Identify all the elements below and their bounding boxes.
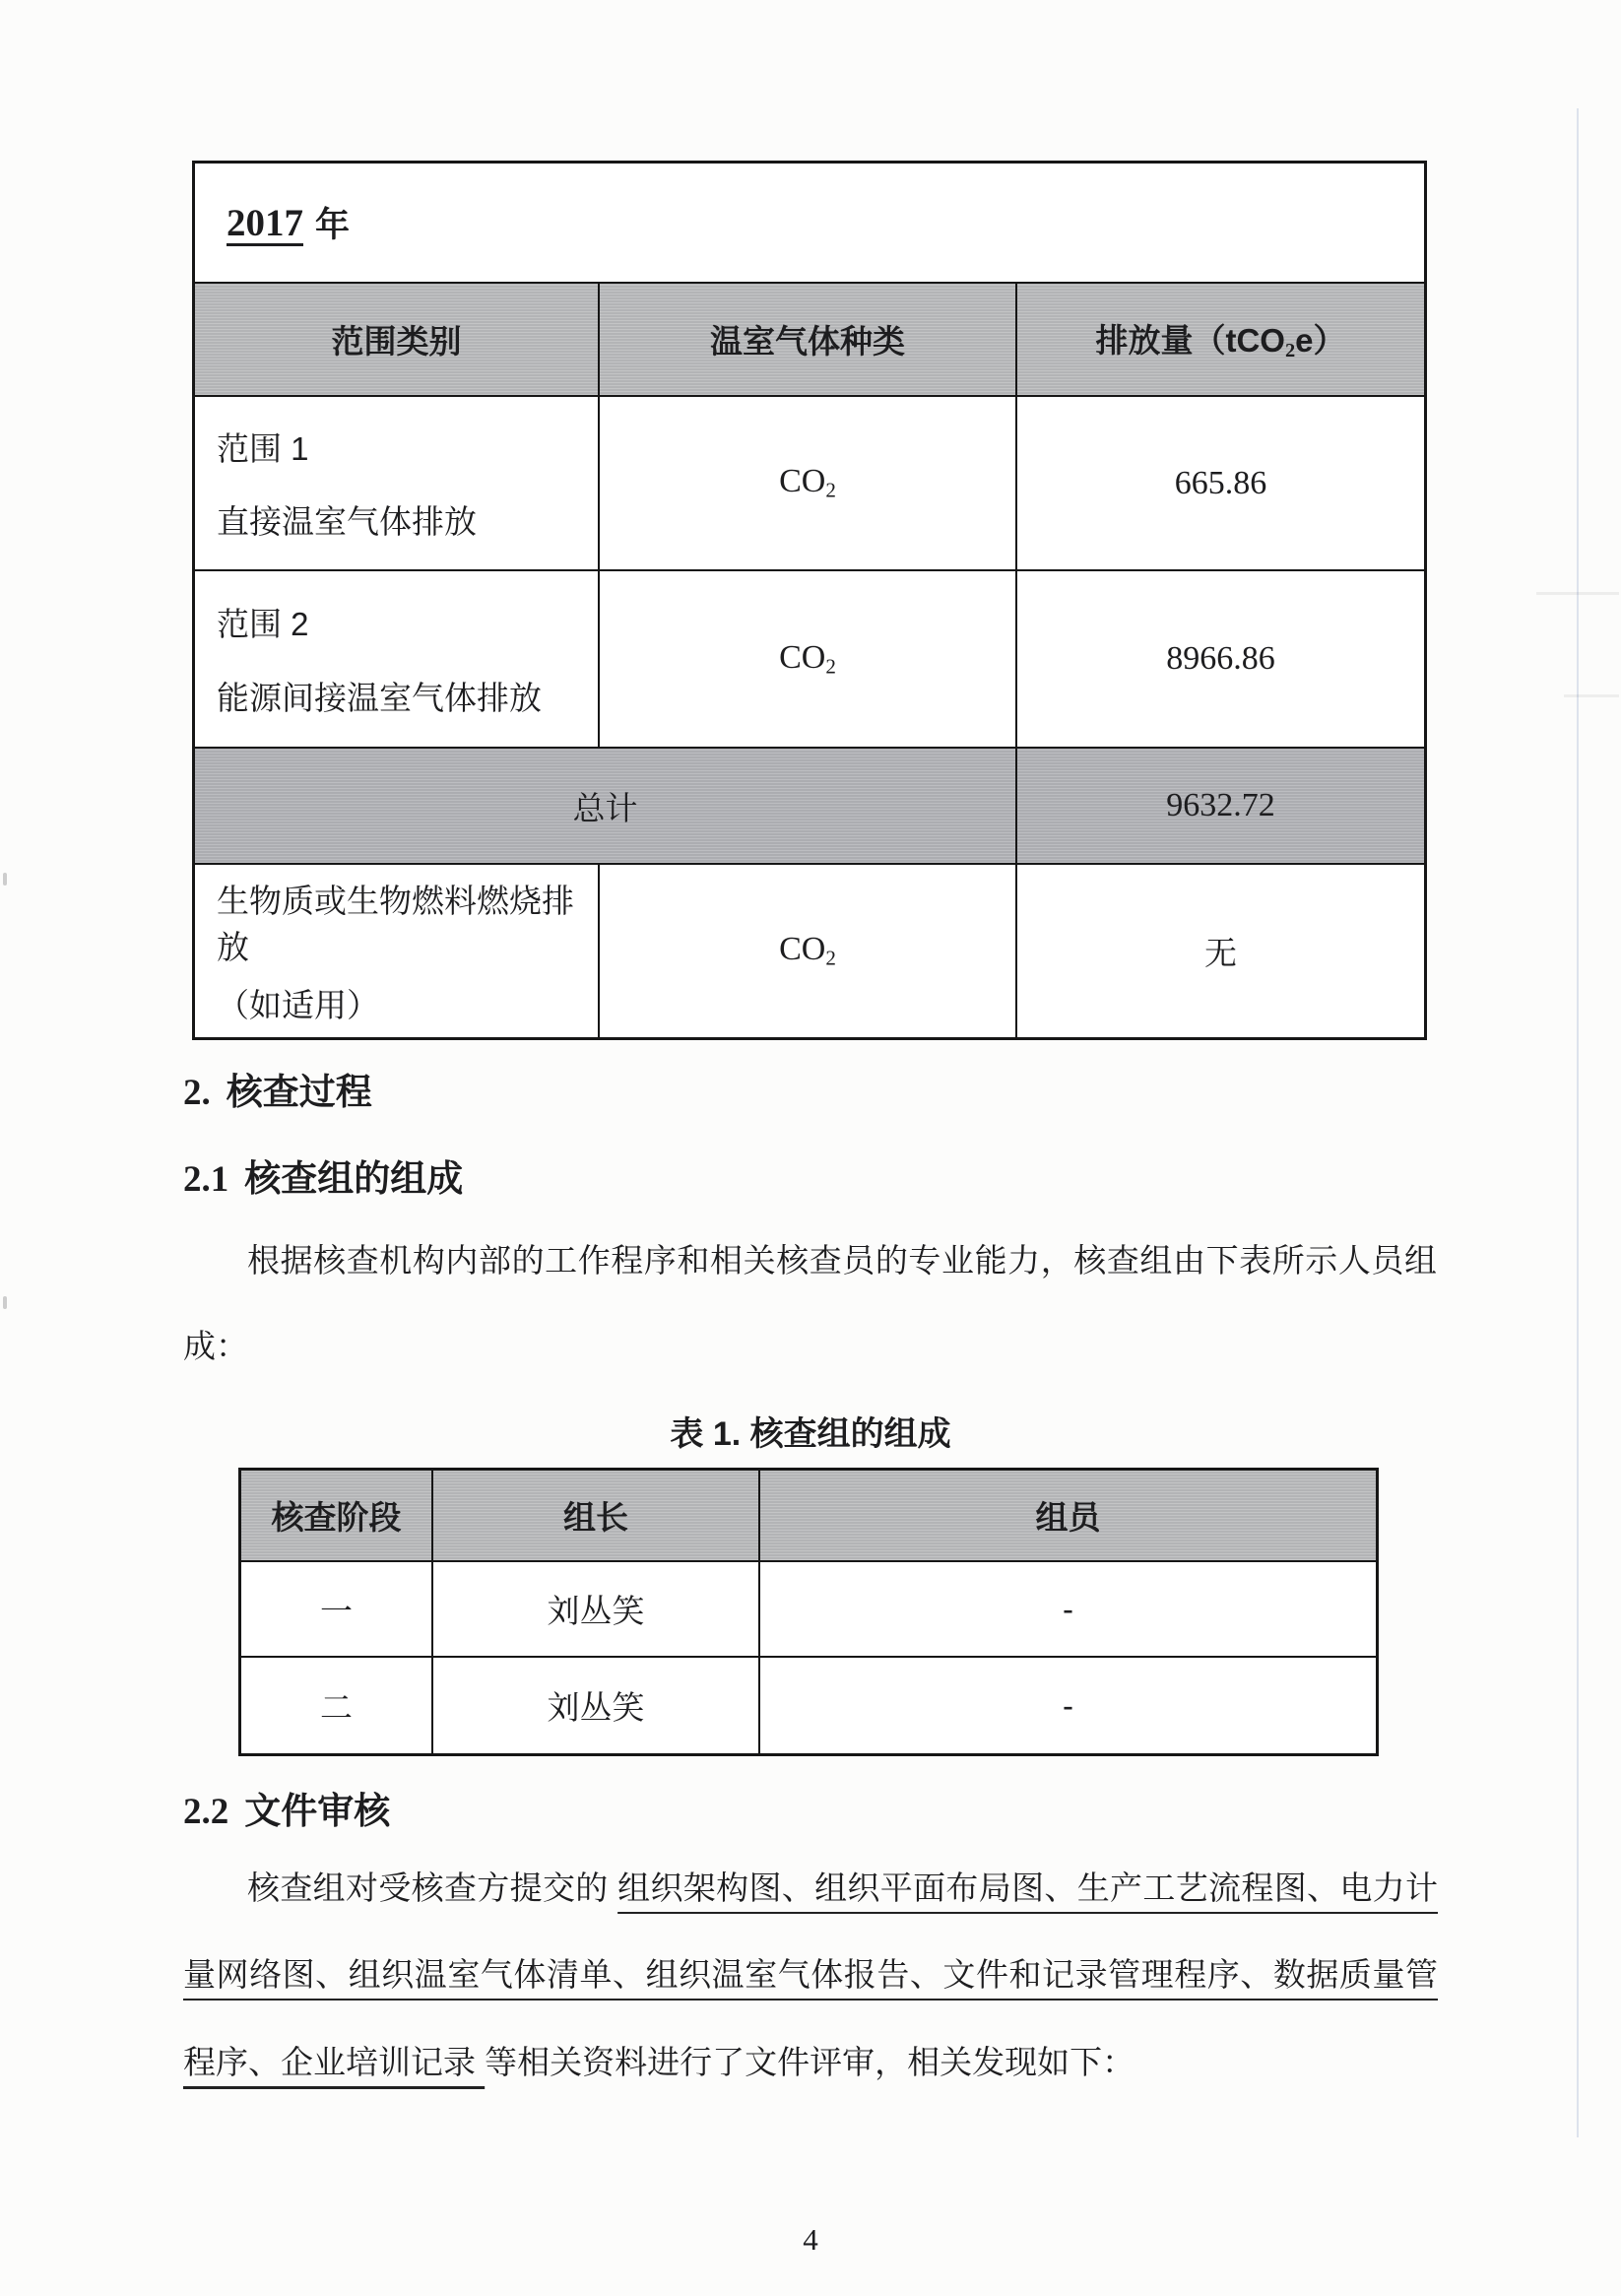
biomass-title: 生物质或生物燃料燃烧排放 xyxy=(217,876,598,968)
team-intro-line2: 成： xyxy=(183,1325,248,1369)
verification-team-table: 核查阶段 组长 组员 一 刘丛笑 - 二 刘丛笑 - xyxy=(238,1468,1379,1756)
report-year: 2017 xyxy=(215,201,307,245)
scan-artifact-smudge xyxy=(1564,694,1619,697)
report-year-suffix: 年 xyxy=(315,198,350,247)
scope1-description: 直接温室气体排放 xyxy=(217,496,477,543)
scan-artifact-smudge xyxy=(1536,592,1619,595)
emission-header-amount-label: 排放量（tCO2e） xyxy=(1095,315,1345,362)
scope2-description: 能源间接温室气体排放 xyxy=(217,673,542,719)
section-2-heading: 2.核查过程 xyxy=(183,1074,372,1111)
table-row-biomass-value: 无 xyxy=(1017,865,1424,1037)
table-row-scope1-value: 665.86 xyxy=(1017,397,1424,571)
section-2-1-title: 核查组的组成 xyxy=(244,1158,463,1199)
scope1-gas-label: CO2 xyxy=(779,463,836,502)
page-number: 4 xyxy=(0,2222,1621,2258)
doc-review-line2: 量网络图、组织温室气体清单、组织温室气体报告、文件和记录管理程序、数据质量管理 xyxy=(183,1953,1438,2001)
scope1-title: 范围 1 xyxy=(217,424,309,470)
emission-header-gas-label: 温室气体种类 xyxy=(710,316,905,362)
doc-review-line2-underlined: 量网络图、组织温室气体清单、组织温室气体报告、文件和记录管理程序、数据质量管理 xyxy=(183,1956,1438,2001)
emission-header-amount: 排放量（tCO2e） xyxy=(1017,284,1424,397)
emission-header-scope-label: 范围类别 xyxy=(332,316,462,362)
team-header-members: 组员 xyxy=(760,1471,1376,1562)
table-row-scope1-category: 范围 1 直接温室气体排放 xyxy=(195,397,600,571)
table-row-scope2-category: 范围 2 能源间接温室气体排放 xyxy=(195,571,600,749)
doc-review-line1-normal: 核查组对受核查方提交的 xyxy=(247,1870,617,1906)
table-row-biomass-category: 生物质或生物燃料燃烧排放 （如适用） xyxy=(195,865,600,1037)
doc-review-line1: 核查组对受核查方提交的 组织架构图、组织平面布局图、生产工艺流程图、电力计 xyxy=(247,1867,1438,1914)
doc-review-line1-underlined: 组织架构图、组织平面布局图、生产工艺流程图、电力计 xyxy=(617,1870,1438,1906)
table-row-biomass-gas: CO2 xyxy=(600,865,1017,1037)
section-2-2-title: 文件审核 xyxy=(244,1791,390,1831)
biomass-gas-label: CO2 xyxy=(779,931,836,970)
team-row2-members: - xyxy=(760,1658,1376,1753)
biomass-emission-value: 无 xyxy=(1204,928,1237,974)
emission-header-gas: 温室气体种类 xyxy=(600,284,1017,397)
total-label: 总计 xyxy=(573,783,638,829)
table-row-scope2-value: 8966.86 xyxy=(1017,571,1424,749)
team-table-caption: 表 1. 核查组的组成 xyxy=(0,1407,1621,1455)
team-header-leader: 组长 xyxy=(433,1471,760,1562)
team-header-phase: 核查阶段 xyxy=(241,1471,433,1562)
scope1-emission-value: 665.86 xyxy=(1175,465,1267,502)
scope2-gas-label: CO2 xyxy=(779,639,836,679)
total-emission-value: 9632.72 xyxy=(1166,787,1275,824)
scan-artifact-mark xyxy=(3,1296,7,1309)
table-row-total-value: 9632.72 xyxy=(1017,749,1424,865)
team-row2-phase: 二 xyxy=(241,1658,433,1753)
document-page: 2017 年 范围类别 温室气体种类 排放量（tCO2e） 范围 1 直接温室气… xyxy=(0,0,1621,2296)
scope2-emission-value: 8966.86 xyxy=(1166,640,1275,678)
table-row-scope2-gas: CO2 xyxy=(600,571,1017,749)
table-row-total-label: 总计 xyxy=(195,749,1017,865)
team-row1-members: - xyxy=(760,1562,1376,1658)
team-intro-line1: 根据核查机构内部的工作程序和相关核查员的专业能力，核查组由下表所示人员组 xyxy=(247,1239,1437,1286)
emission-summary-table: 2017 年 范围类别 温室气体种类 排放量（tCO2e） 范围 1 直接温室气… xyxy=(192,161,1427,1040)
scan-artifact-vertical-line xyxy=(1577,108,1579,2137)
section-2-number: 2. xyxy=(183,1073,211,1113)
section-2-2-heading: 2.2文件审核 xyxy=(183,1793,390,1830)
team-row2-leader: 刘丛笑 xyxy=(433,1658,760,1753)
emission-header-scope: 范围类别 xyxy=(195,284,600,397)
table-row-scope1-gas: CO2 xyxy=(600,397,1017,571)
scope2-title: 范围 2 xyxy=(217,599,309,645)
emission-year-row: 2017 年 xyxy=(195,164,1424,284)
doc-review-line3: 程序、企业培训记录 等相关资料进行了文件评审，相关发现如下： xyxy=(183,2041,1135,2085)
section-2-1-heading: 2.1核查组的组成 xyxy=(183,1160,463,1198)
section-2-title: 核查过程 xyxy=(227,1072,372,1112)
scan-artifact-mark xyxy=(3,873,7,886)
section-2-2-number: 2.2 xyxy=(183,1792,228,1832)
doc-review-line3-underlined: 程序、企业培训记录 xyxy=(183,2044,485,2080)
team-row1-leader: 刘丛笑 xyxy=(433,1562,760,1658)
biomass-note: （如适用） xyxy=(217,980,379,1026)
doc-review-line3-normal: 等相关资料进行了文件评审，相关发现如下： xyxy=(485,2044,1135,2080)
section-2-1-number: 2.1 xyxy=(183,1159,228,1200)
team-row1-phase: 一 xyxy=(241,1562,433,1658)
